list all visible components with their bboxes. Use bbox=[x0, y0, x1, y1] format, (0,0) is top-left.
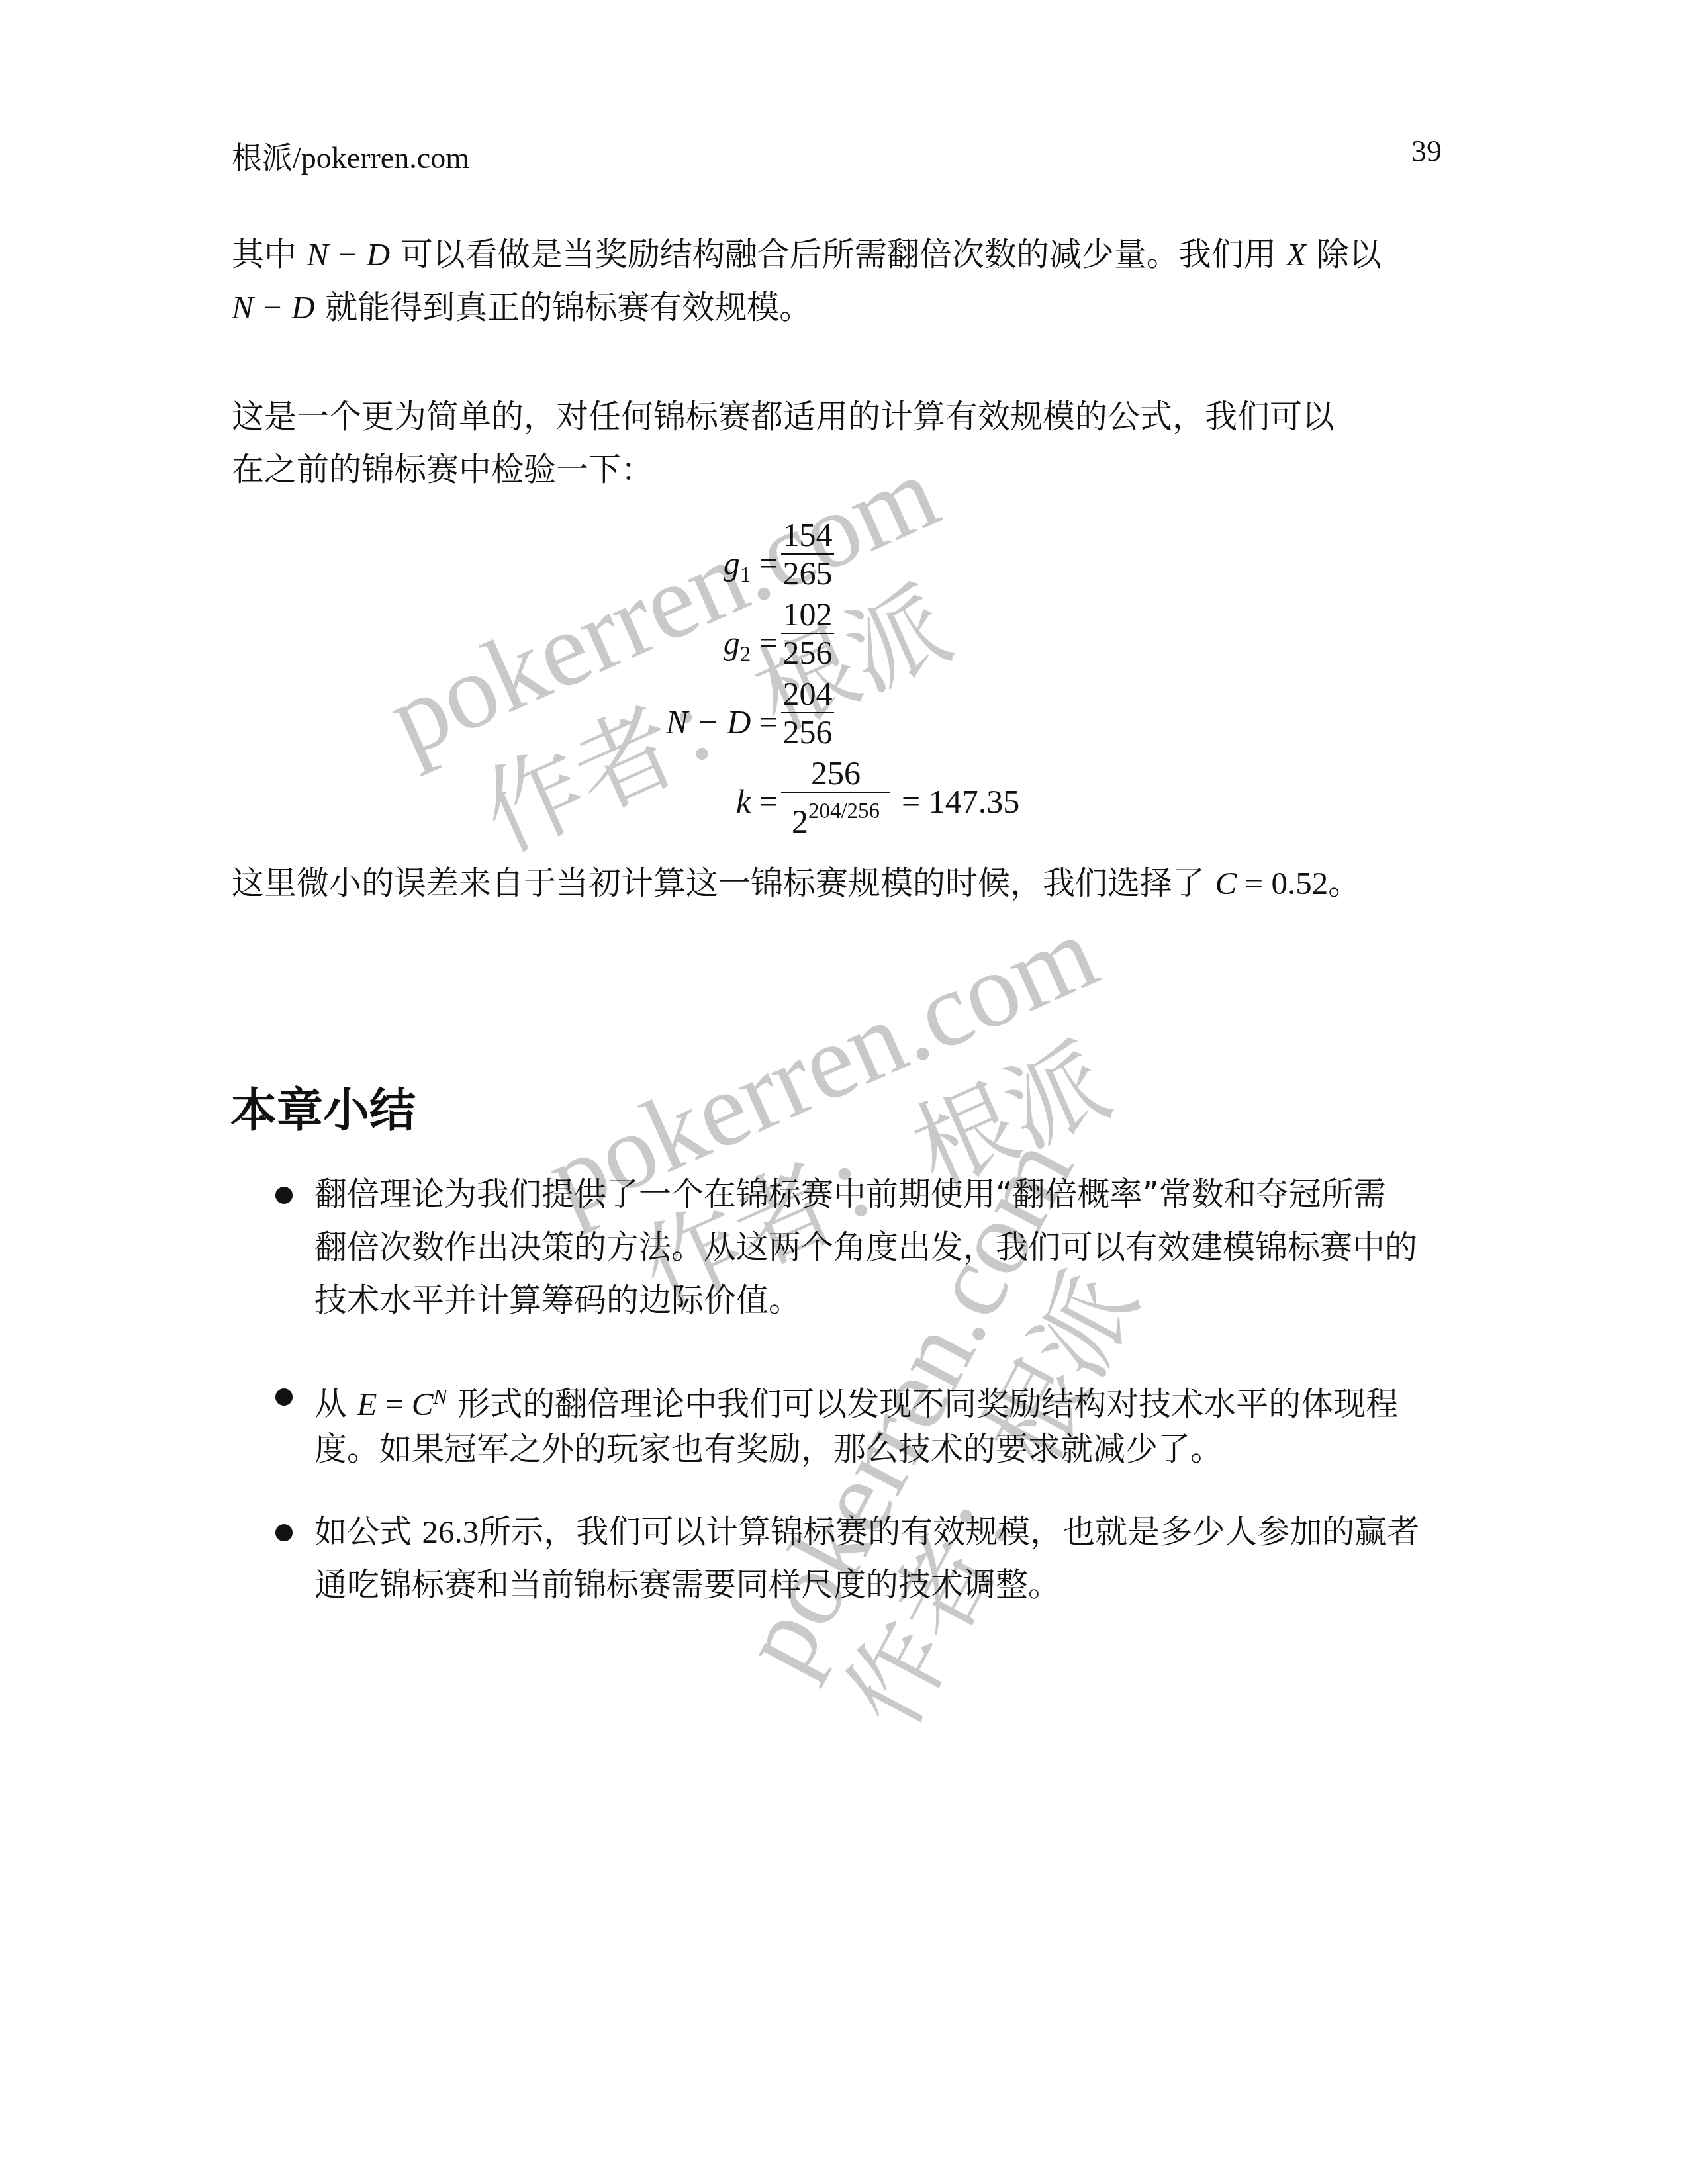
fraction: 204256 bbox=[781, 676, 834, 749]
list-item-line: 技术水平并计算筹码的边际价值。 bbox=[314, 1281, 801, 1320]
equation-lhs: g2 = bbox=[662, 623, 778, 667]
equation-lhs: k = bbox=[662, 782, 778, 821]
math-n-minus-d: N − D bbox=[232, 289, 315, 326]
section-heading: 本章小结 bbox=[230, 1073, 416, 1140]
list-item-line: 如公式 26.3所示，我们可以计算锦标赛的有效规模，也就是多少人参加的赢者 bbox=[314, 1512, 1419, 1552]
running-title: 根派/pokerren.com bbox=[232, 134, 469, 177]
list-item-line: 翻倍理论为我们提供了一个在锦标赛中前期使用“翻倍概率”常数和夺冠所需 bbox=[314, 1175, 1386, 1214]
text: 就能得到真正的锦标赛有效规模。 bbox=[315, 289, 812, 326]
list-item-line: 度。如果冠军之外的玩家也有奖励，那么技术的要求就减少了。 bbox=[314, 1430, 1223, 1469]
fraction: 154265 bbox=[781, 518, 834, 590]
text: = 0.52。 bbox=[1237, 865, 1360, 901]
fraction: 2562204/256 bbox=[781, 756, 890, 839]
math-c: C bbox=[1215, 865, 1237, 901]
bullet-icon bbox=[275, 1524, 293, 1541]
equation-lhs: g1 = bbox=[662, 544, 778, 588]
math-n-minus-d: N − D bbox=[307, 236, 391, 273]
text: 除以 bbox=[1306, 236, 1382, 273]
text: 这里微小的误差来自于当初计算这一锦标赛规模的时候，我们选择了 bbox=[232, 864, 1215, 902]
list-item-line: 通吃锦标赛和当前锦标赛需要同样尺度的技术调整。 bbox=[314, 1565, 1060, 1605]
paragraph-2-line-1: 这是一个更为简单的，对任何锦标赛都适用的计算有效规模的公式，我们可以 bbox=[232, 397, 1335, 437]
page-number: 39 bbox=[1411, 134, 1442, 169]
equation-reference-link[interactable]: 26.3 bbox=[422, 1514, 479, 1550]
paragraph-1-line-1: 其中 N − D 可以看做是当奖励结构融合后所需翻倍次数的减少量。我们用 X 除… bbox=[232, 235, 1382, 275]
bullet-icon bbox=[275, 1187, 293, 1204]
equation-result: = 147.35 bbox=[902, 782, 1019, 821]
text: 其中 bbox=[232, 236, 307, 273]
list-item-line: 翻倍次数作出决策的方法。从这两个角度出发，我们可以有效建模锦标赛中的 bbox=[314, 1228, 1417, 1267]
bullet-icon bbox=[275, 1388, 293, 1406]
watermark-author-3: 作者：根派 bbox=[804, 1243, 1164, 1749]
paragraph-3: 这里微小的误差来自于当初计算这一锦标赛规模的时候，我们选择了 C = 0.52。 bbox=[232, 864, 1360, 903]
equation-lhs: N − D = bbox=[596, 703, 778, 741]
list-item-line: 从 E = CN 形式的翻倍理论中我们可以发现不同奖励结构对技术水平的体现程 bbox=[314, 1377, 1398, 1424]
text: 可以看做是当奖励结构融合后所需翻倍次数的减少量。我们用 bbox=[390, 236, 1286, 273]
paragraph-1-line-2: N − D 就能得到真正的锦标赛有效规模。 bbox=[232, 288, 812, 328]
fraction: 102256 bbox=[781, 597, 834, 670]
paragraph-2-line-2: 在之前的锦标赛中检验一下： bbox=[232, 450, 653, 490]
math-x: X bbox=[1286, 236, 1306, 273]
